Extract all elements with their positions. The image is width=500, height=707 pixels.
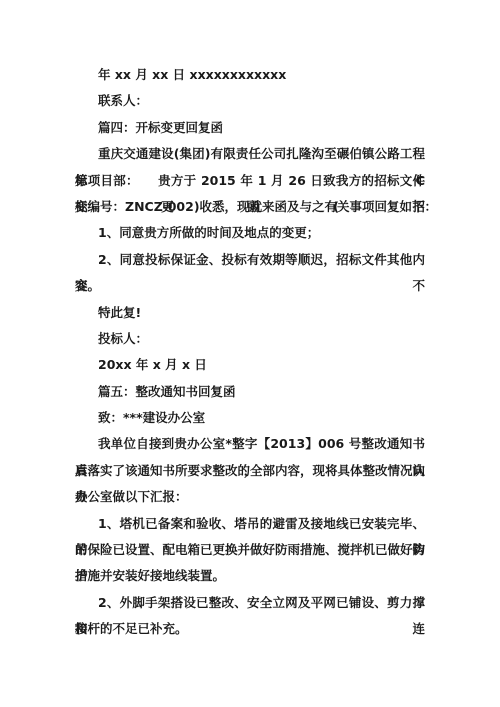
text-line-rectify-item1: 1、塔机已备案和验收、塔吊的避雷及接地线已安装完毕、吊钩: [75, 511, 425, 537]
text-line-bidder-label: 投标人：: [75, 326, 425, 352]
text-line-company: 重庆交通建设(集团)有限责任公司扎隆沟至碾伯镇公路工程第 C: [75, 141, 425, 167]
text-line-rectify-item1-cont2: 措施并安装好接地线装置。: [75, 563, 425, 589]
document-page: 年 xx 月 xx 日 xxxxxxxxxxxx 联系人： 篇四：开标变更回复函…: [0, 0, 500, 707]
text-line-bid-number: 标编号：ZNCZ-002)收悉，现就来函及与之有关事项回复如下：: [75, 194, 425, 220]
text-line-reply-item2: 2、同意投标保证金、投标有效期等顺迟，招标文件其他内容不: [75, 247, 425, 273]
text-line-report-lead: 办公室做以下汇报：: [75, 484, 425, 510]
text-line-closing: 特此复!: [75, 300, 425, 326]
document-text-block: 年 xx 月 xx 日 xxxxxxxxxxxx 联系人： 篇四：开标变更回复函…: [75, 62, 425, 643]
text-line-rectify-item1-cont1: 的保险已设置、配电箱已更换并做好防雨措施、搅拌机已做好防护: [75, 537, 425, 563]
text-line-notice-intro: 我单位自接到贵办公室*整字【2013】006 号整改通知书后，认: [75, 431, 425, 457]
text-line-addressee: 致：***建设办公室: [75, 405, 425, 431]
text-line-date-placeholder: 年 xx 月 xx 日 xxxxxxxxxxxx: [75, 62, 425, 88]
text-line-section4-title: 篇四：开标变更回复函: [75, 115, 425, 141]
text-line-reply-item1: 1、同意贵方所做的时间及地点的变更；: [75, 220, 425, 246]
text-line-date-template: 20xx 年 x 月 x 日: [75, 352, 425, 378]
text-line-notice-intro-cont: 真落实了该通知书所要求整改的全部内容，现将具体整改情况向贵: [75, 458, 425, 484]
text-line-contact-label: 联系人：: [75, 88, 425, 114]
text-line-rectify-item2: 2、外脚手架搭设已整改、安全立网及平网已铺设、剪力撑和连: [75, 590, 425, 616]
text-line-project-dept: 标项目部： 贵方于 2015 年 1 月 26 日致我方的招标文件变更函(招: [75, 168, 425, 194]
text-line-section5-title: 篇五：整改通知书回复函: [75, 379, 425, 405]
